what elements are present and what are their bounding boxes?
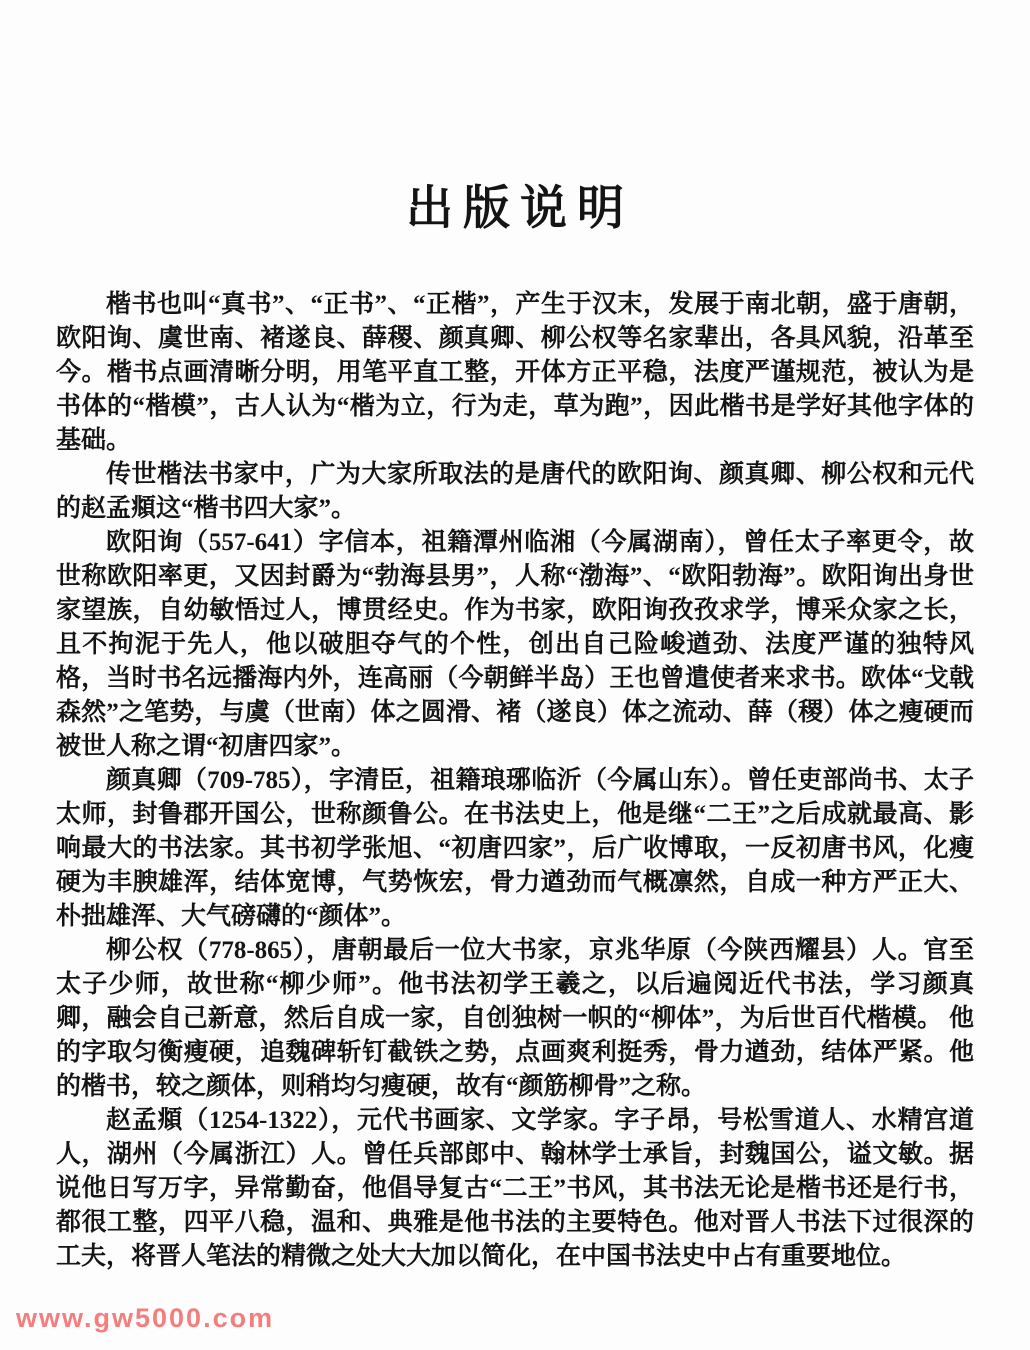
paragraph-intro: 楷书也叫“真书”、“正书”、“正楷”，产生于汉末，发展于南北朝，盛于唐朝，欧阳询…: [56, 288, 974, 458]
page-title: 出版说明: [0, 0, 1030, 238]
paragraph-liu-gongquan: 柳公权（778-865），唐朝最后一位大书家，京兆华原（今陕西耀县）人。官至太子…: [56, 934, 974, 1104]
paragraph-zhao-mengfu: 赵孟頫（1254-1322），元代书画家、文学家。字子昂，号松雪道人、水精宫道人…: [56, 1104, 974, 1274]
body-text: 楷书也叫“真书”、“正书”、“正楷”，产生于汉末，发展于南北朝，盛于唐朝，欧阳询…: [0, 238, 1030, 1274]
watermark-url: www.gw5000.com: [16, 1303, 274, 1334]
paragraph-four-masters: 传世楷法书家中，广为大家所取法的是唐代的欧阳询、颜真卿、柳公权和元代的赵孟頫这“…: [56, 458, 974, 526]
scanned-book-page: 出版说明 楷书也叫“真书”、“正书”、“正楷”，产生于汉末，发展于南北朝，盛于唐…: [0, 0, 1030, 1350]
paragraph-ouyang-xun: 欧阳询（557-641）字信本，祖籍潭州临湘（今属湖南），曾任太子率更令，故世称…: [56, 526, 974, 764]
paragraph-yan-zhenqing: 颜真卿（709-785），字清臣，祖籍琅琊临沂（今属山东）。曾任吏部尚书、太子太…: [56, 764, 974, 934]
